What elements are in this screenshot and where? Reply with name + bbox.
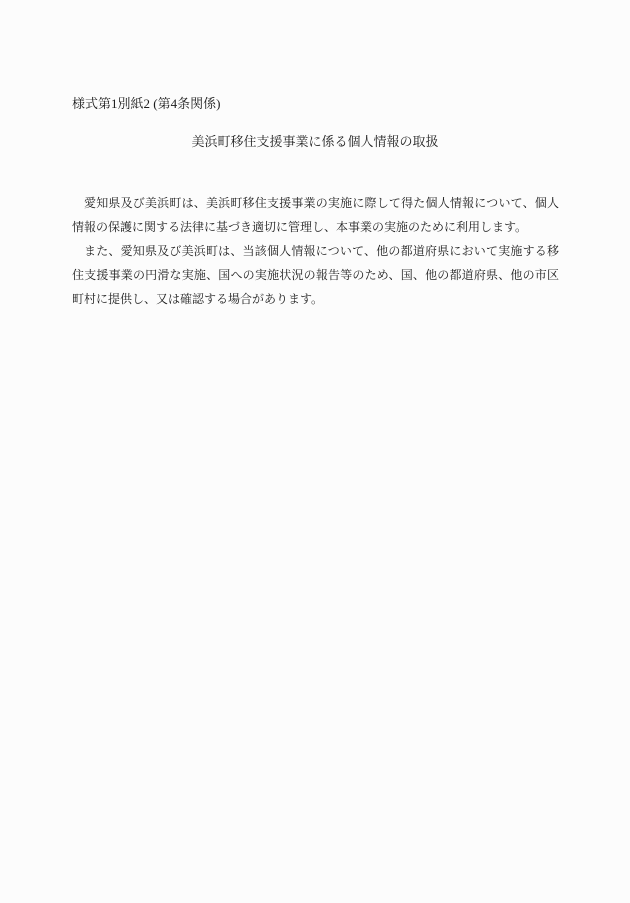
- document-title: 美浜町移住支援事業に係る個人情報の取扱: [0, 133, 630, 150]
- body-paragraph-1: 愛知県及び美浜町は、美浜町移住支援事業の実施に際して得た個人情報について、個人情…: [72, 191, 559, 239]
- body-paragraph-2: また、愛知県及び美浜町は、当該個人情報について、他の都道府県において実施する移住…: [72, 239, 559, 311]
- document-page: 様式第1別紙2 (第4条関係) 美浜町移住支援事業に係る個人情報の取扱 愛知県及…: [0, 0, 630, 903]
- form-label: 様式第1別紙2 (第4条関係): [72, 96, 220, 112]
- document-body: 愛知県及び美浜町は、美浜町移住支援事業の実施に際して得た個人情報について、個人情…: [72, 191, 559, 311]
